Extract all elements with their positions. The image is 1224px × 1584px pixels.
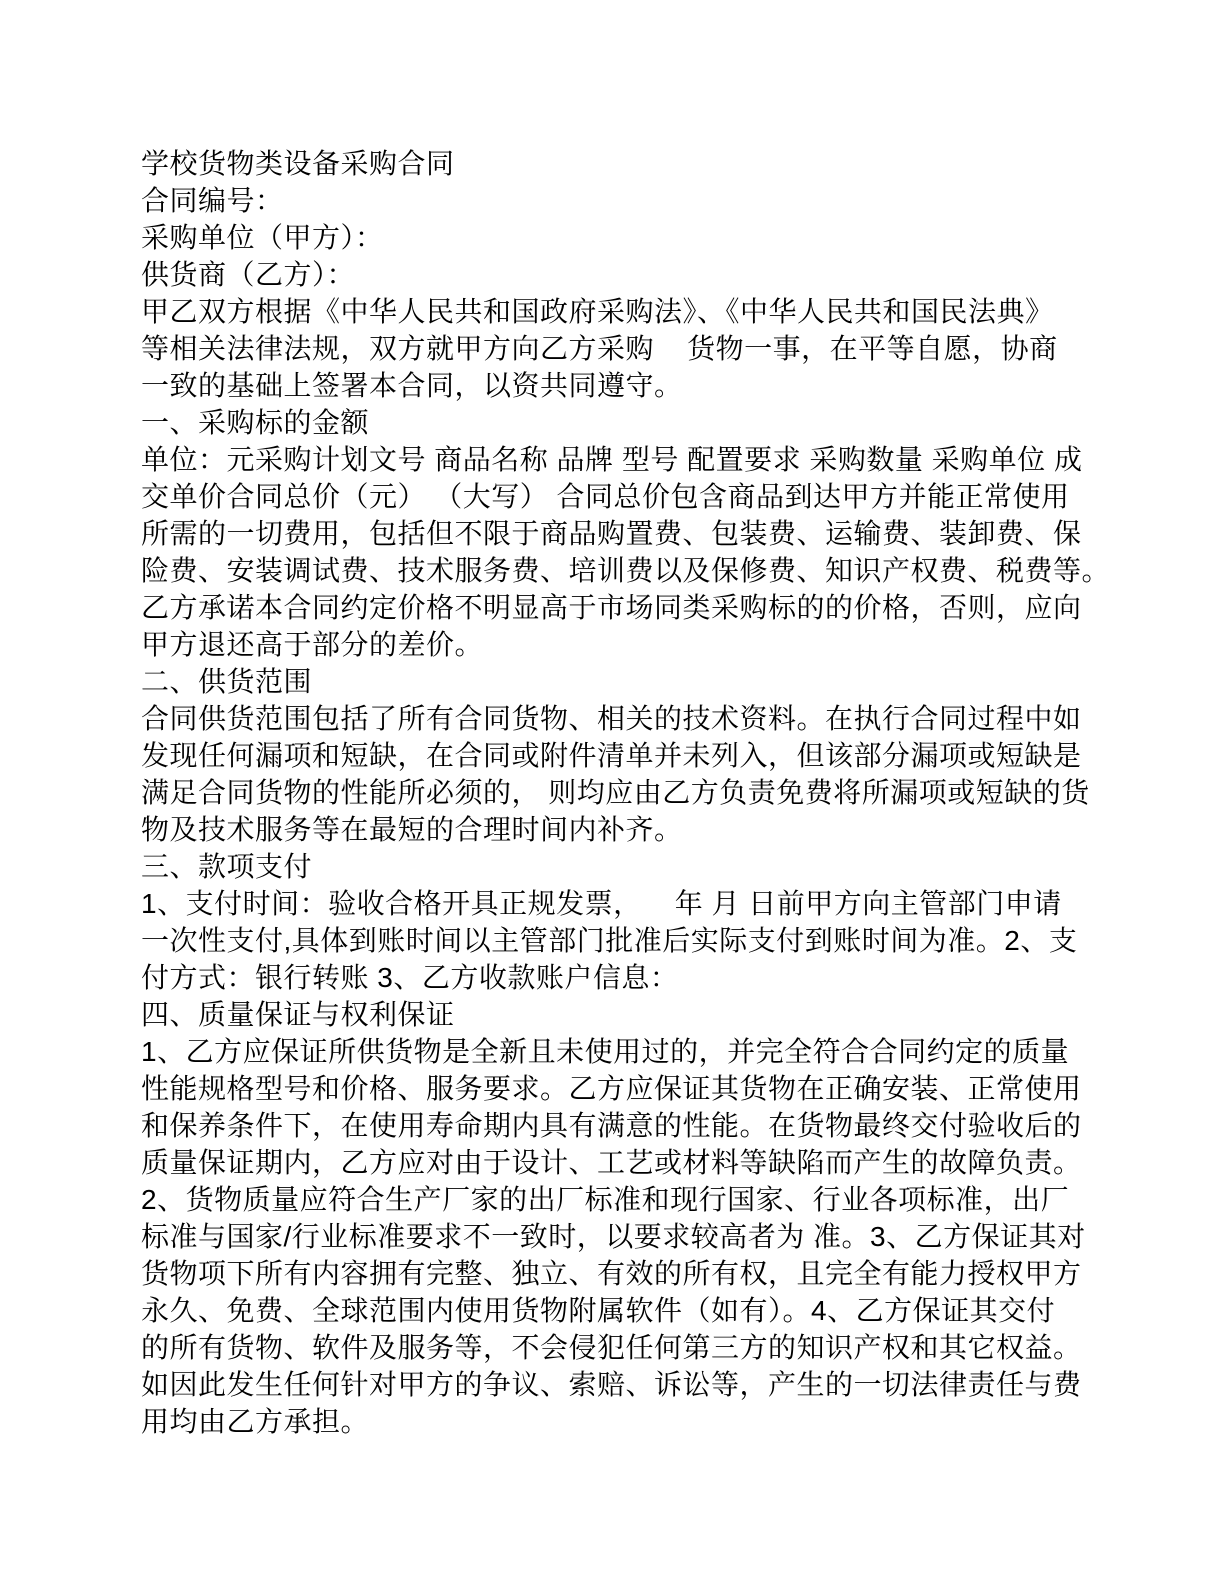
preamble-line: 一致的基础上签署本合同，以资共同遵守。	[141, 367, 1101, 404]
section-4-line: 如因此发生任何针对甲方的争议、索赔、诉讼等，产生的一切法律责任与费	[141, 1366, 1101, 1403]
section-1-line: 甲方退还高于部分的差价。	[141, 626, 1101, 663]
section-3-heading: 三、款项支付	[141, 848, 1101, 885]
section-4-line: 用均由乙方承担。	[141, 1403, 1101, 1440]
section-4-heading: 四、质量保证与权利保证	[141, 996, 1101, 1033]
section-4-line: 货物项下所有内容拥有完整、独立、有效的所有权，且完全有能力授权甲方	[141, 1255, 1101, 1292]
section-4-line: 的所有货物、软件及服务等，不会侵犯任何第三方的知识产权和其它权益。	[141, 1329, 1101, 1366]
section-4-line: 2、货物质量应符合生产厂家的出厂标准和现行国家、行业各项标准，出厂	[141, 1181, 1101, 1218]
section-2-line: 满足合同货物的性能所必须的， 则均应由乙方负责免费将所漏项或短缺的货	[141, 774, 1101, 811]
preamble-line: 甲乙双方根据《中华人民共和国政府采购法》、《中华人民共和国民法典》	[141, 293, 1101, 330]
section-1-line: 单位：元采购计划文号 商品名称 品牌 型号 配置要求 采购数量 采购单位 成	[141, 441, 1101, 478]
section-3-line: 付方式：银行转账 3、乙方收款账户信息：	[141, 959, 1101, 996]
document-title: 学校货物类设备采购合同	[141, 145, 1101, 182]
section-4-line: 标准与国家/行业标准要求不一致时，以要求较高者为 准。3、乙方保证其对	[141, 1218, 1101, 1255]
supplier-party-line: 供货商（乙方）：	[141, 256, 1101, 293]
section-2-line: 物及技术服务等在最短的合理时间内补齐。	[141, 811, 1101, 848]
section-4-line: 1、乙方应保证所供货物是全新且未使用过的，并完全符合合同约定的质量	[141, 1033, 1101, 1070]
section-1-line: 交单价合同总价（元） （大写） 合同总价包含商品到达甲方并能正常使用	[141, 478, 1101, 515]
section-3-line: 一次性支付,具体到账时间以主管部门批准后实际支付到账时间为准。2、支	[141, 922, 1101, 959]
section-1-line: 乙方承诺本合同约定价格不明显高于市场同类采购标的的价格，否则，应向	[141, 589, 1101, 626]
purchaser-party-line: 采购单位（甲方）：	[141, 219, 1101, 256]
section-1-line: 所需的一切费用，包括但不限于商品购置费、包装费、运输费、装卸费、保	[141, 515, 1101, 552]
section-2-line: 合同供货范围包括了所有合同货物、相关的技术资料。在执行合同过程中如	[141, 700, 1101, 737]
section-2-heading: 二、供货范围	[141, 663, 1101, 700]
section-4-line: 永久、免费、全球范围内使用货物附属软件（如有）。4、乙方保证其交付	[141, 1292, 1101, 1329]
section-4-line: 质量保证期内，乙方应对由于设计、工艺或材料等缺陷而产生的故障负责。	[141, 1144, 1101, 1181]
section-3-line: 1、支付时间：验收合格开具正规发票， 年 月 日前甲方向主管部门申请	[141, 885, 1101, 922]
section-1-line: 险费、安装调试费、技术服务费、培训费以及保修费、知识产权费、税费等。	[141, 552, 1101, 589]
contract-number-line: 合同编号：	[141, 182, 1101, 219]
section-1-heading: 一、采购标的金额	[141, 404, 1101, 441]
section-2-line: 发现任何漏项和短缺，在合同或附件清单并未列入，但该部分漏项或短缺是	[141, 737, 1101, 774]
contract-document: 学校货物类设备采购合同 合同编号： 采购单位（甲方）： 供货商（乙方）： 甲乙双…	[141, 145, 1101, 1440]
section-4-line: 和保养条件下，在使用寿命期内具有满意的性能。在货物最终交付验收后的	[141, 1107, 1101, 1144]
section-4-line: 性能规格型号和价格、服务要求。乙方应保证其货物在正确安装、正常使用	[141, 1070, 1101, 1107]
preamble-line: 等相关法律法规，双方就甲方向乙方采购 货物一事，在平等自愿，协商	[141, 330, 1101, 367]
